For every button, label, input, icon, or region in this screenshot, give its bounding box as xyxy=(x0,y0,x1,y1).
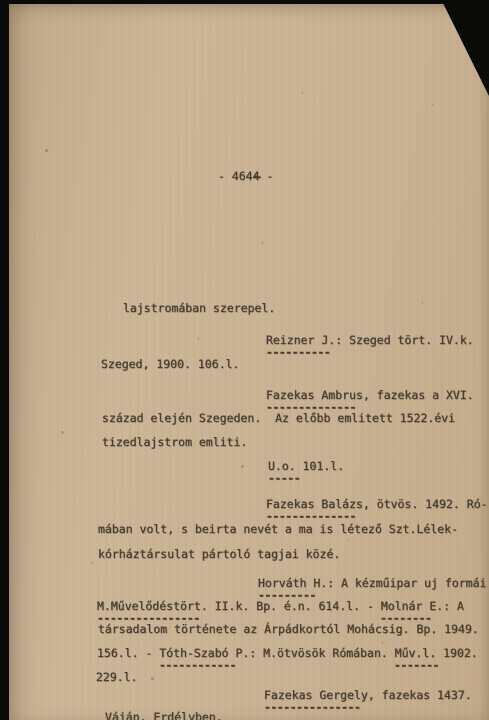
typed-line-szeged-1900: Szeged, 1900. 106.l. xyxy=(101,357,239,371)
typed-underline-reizner: ---------- xyxy=(266,345,330,359)
typed-line-tarsadalom: társadalom története az Árpádkortól Mohá… xyxy=(98,622,479,636)
typed-underline-fazekas-gergely: --------------- xyxy=(264,700,360,714)
typed-line-tizedlajstrom: tizedlajstrom emliti. xyxy=(102,435,247,449)
page-number: - 4644 - xyxy=(218,169,273,183)
typed-underline-fazekas-balazs: -------------- xyxy=(266,509,356,523)
typed-line-korhaztarsulat: kórháztársulat pártoló tagjai közé. xyxy=(98,547,340,561)
scanned-page: - 4644 - lajstromában szerepel.Reizner J… xyxy=(0,0,489,720)
typed-underline-toth-szabo: ------------ xyxy=(159,658,236,672)
typed-line-maban-volt: mában volt, s beirta nevét a ma is létez… xyxy=(98,522,458,536)
typed-text-layer: - 4644 - lajstromában szerepel.Reizner J… xyxy=(0,0,489,720)
typed-line-229: 229.l. xyxy=(96,670,138,684)
typed-underline-uo: ----- xyxy=(268,471,300,485)
typed-line-szazad-elejen: század elején Szegeden. Az előbb emlitet… xyxy=(102,411,455,425)
typed-line-vajan: Váján, Erdélyben. xyxy=(105,710,223,720)
typed-underline-muvl: ------- xyxy=(394,658,439,672)
typed-line-lajstromaban: lajstromában szerepel. xyxy=(123,301,275,315)
